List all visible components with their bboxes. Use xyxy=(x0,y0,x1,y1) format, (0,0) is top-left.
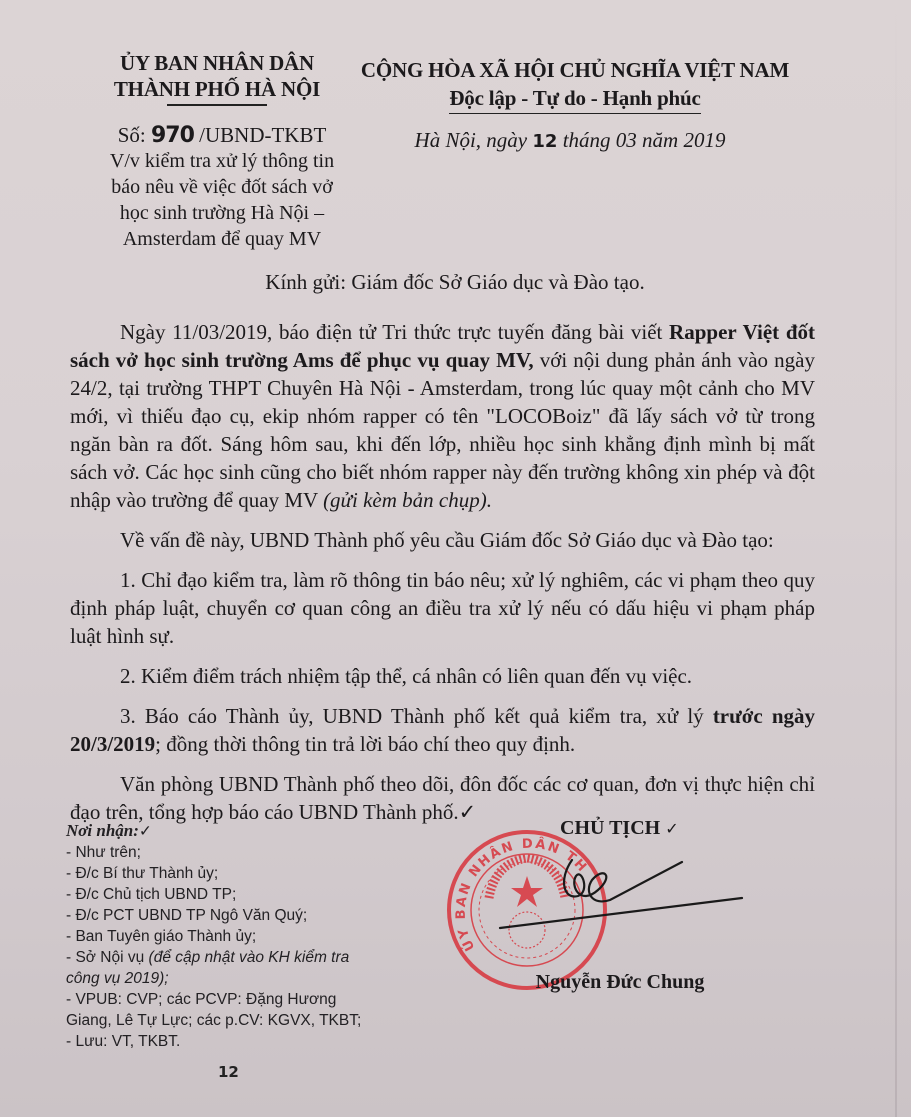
recipient-item: - VPUB: CVP; các PCVP: Đặng Hương Giang,… xyxy=(66,989,386,1031)
handwritten-check-icon: ✓ xyxy=(665,819,678,838)
directive-item-3: 3. Báo cáo Thành ủy, UBND Thành phố kết … xyxy=(70,702,815,758)
directive-item-1: 1. Chỉ đạo kiểm tra, làm rõ thông tin bá… xyxy=(70,566,815,650)
recipient-item: - Đ/c Bí thư Thành ủy; xyxy=(66,863,386,884)
org-line-1: ỦY BAN NHÂN DÂN xyxy=(92,50,342,76)
recipient-item: - Lưu: VT, TKBT. xyxy=(66,1031,386,1052)
item3-text-cont: ; đồng thời thông tin trả lời báo chí th… xyxy=(155,732,575,756)
country-line: CỘNG HÒA XÃ HỘI CHỦ NGHĨA VIỆT NAM xyxy=(350,56,800,84)
doc-number-prefix: Số: xyxy=(118,123,146,147)
paragraph-request: Về vấn đề này, UBND Thành phố yêu cầu Gi… xyxy=(70,526,815,554)
org-underline xyxy=(167,104,267,106)
issuing-authority: ỦY BAN NHÂN DÂN THÀNH PHỐ HÀ NỘI xyxy=(92,50,342,106)
date-suffix: tháng 03 năm 2019 xyxy=(563,128,726,152)
paragraph-intro: Ngày 11/03/2019, báo điện tử Tri thức tr… xyxy=(70,318,815,514)
subject-line: Amsterdam để quay MV xyxy=(92,226,352,252)
recipients-list: Nơi nhận:✓ - Như trên; - Đ/c Bí thư Thàn… xyxy=(66,820,386,1052)
handwritten-signature xyxy=(480,850,780,950)
recipient-item: - Sở Nội vụ (để cập nhật vào KH kiểm tra… xyxy=(66,947,386,989)
signatory-title: CHỦ TỊCH ✓ xyxy=(560,817,720,840)
intro-text: Ngày 11/03/2019, báo điện tử Tri thức tr… xyxy=(120,320,669,344)
recipient-item: - Đ/c Chủ tịch UBND TP; xyxy=(66,884,386,905)
greeting: Kính gửi: Giám đốc Sở Giáo dục và Đào tạ… xyxy=(120,270,790,295)
org-line-2: THÀNH PHỐ HÀ NỘI xyxy=(92,76,342,102)
item3-text: 3. Báo cáo Thành ủy, UBND Thành phố kết … xyxy=(120,704,713,728)
subject: V/v kiểm tra xử lý thông tin báo nêu về … xyxy=(92,148,352,252)
recipients-title: Nơi nhận: xyxy=(66,821,139,840)
document-number: Số: 970 /UBND-TKBT xyxy=(92,122,352,149)
directive-item-2: 2. Kiểm điểm trách nhiệm tập thể, cá nhâ… xyxy=(70,662,815,690)
motto: Độc lập - Tự do - Hạnh phúc xyxy=(449,85,700,114)
recipient-item: - Như trên; xyxy=(66,842,386,863)
letter-body: Ngày 11/03/2019, báo điện tử Tri thức tr… xyxy=(70,318,815,838)
doc-number-suffix: /UBND-TKBT xyxy=(199,123,326,147)
recipient-item: - Ban Tuyên giáo Thành ủy; xyxy=(66,926,386,947)
national-title: CỘNG HÒA XÃ HỘI CHỦ NGHĨA VIỆT NAM Độc l… xyxy=(350,56,800,114)
attachment-note: (gửi kèm bản chụp). xyxy=(323,488,492,512)
recipient-item: - Đ/c PCT UBND TP Ngô Văn Quý; xyxy=(66,905,386,926)
doc-number-handwritten: 970 xyxy=(151,123,194,148)
subject-line: báo nêu về việc đốt sách vở xyxy=(92,174,352,200)
handwritten-page-count: 12 xyxy=(218,1063,239,1081)
paper-edge xyxy=(895,0,897,1117)
date-prefix: Hà Nội, ngày xyxy=(415,128,528,152)
date-day-handwritten: 12 xyxy=(532,131,557,152)
signatory-name: Nguyễn Đức Chung xyxy=(500,971,740,994)
subject-line: V/v kiểm tra xử lý thông tin xyxy=(92,148,352,174)
handwritten-check-icon: ✓ xyxy=(139,822,152,840)
subject-line: học sinh trường Hà Nội – xyxy=(92,200,352,226)
date-line: Hà Nội, ngày 12 tháng 03 năm 2019 xyxy=(390,128,750,153)
